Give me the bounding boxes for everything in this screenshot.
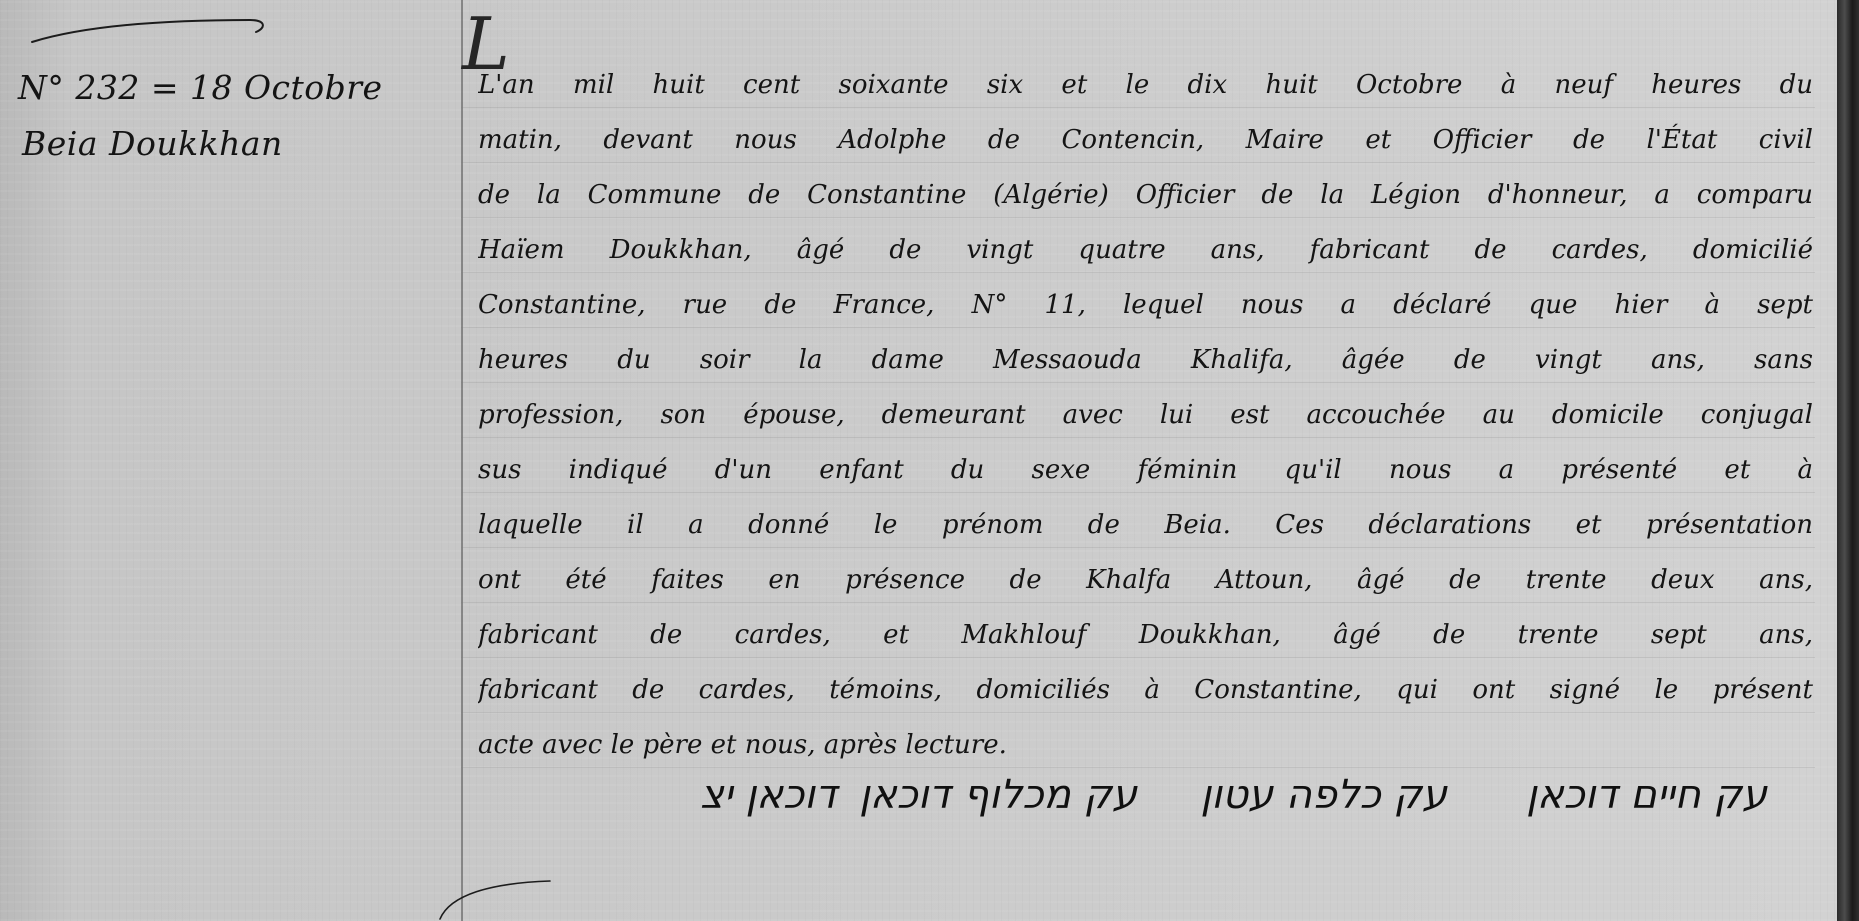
margin-entry-note: N° 232 = 18 Octobre Beia Doukkhan: [18, 60, 438, 172]
signature-block: עק חיים דוכאן עק כלפה עטון עק מכלוף דוכא…: [600, 750, 1777, 840]
record-line: L'an mil huit cent soixante six et le di…: [478, 58, 1813, 113]
record-line: heures du soir la dame Messaouda Khalifa…: [478, 333, 1813, 388]
record-line: Constantine, rue de France, N° 11, leque…: [478, 278, 1813, 333]
signature-witness: עק מכלוף דוכאן: [859, 750, 1137, 840]
record-line: de la Commune de Constantine (Algérie) O…: [478, 168, 1813, 223]
entry-number-date: N° 232 = 18 Octobre: [18, 60, 438, 116]
record-line: laquelle il a donné le prénom de Beia. C…: [478, 498, 1813, 553]
record-line: matin, devant nous Adolphe de Contencin,…: [478, 113, 1813, 168]
margin-rule-line: [461, 0, 463, 921]
record-line: Haïem Doukkhan, âgé de vingt quatre ans,…: [478, 223, 1813, 278]
record-line: sus indiqué d'un enfant du sexe féminin …: [478, 443, 1813, 498]
record-line: fabricant de cardes, et Makhlouf Doukkha…: [478, 608, 1813, 663]
margin-flourish: [30, 14, 270, 44]
child-name-margin: Beia Doukkhan: [18, 116, 438, 172]
birth-record-body: L'an mil huit cent soixante six et le di…: [478, 58, 1813, 773]
record-line: profession, son épouse, demeurant avec l…: [478, 388, 1813, 443]
signature-father: עק חיים דוכאן: [1526, 750, 1767, 840]
signature-witness: עק כלפה עטון: [1200, 750, 1447, 840]
signature-mark: דוכאן יצ: [700, 750, 837, 840]
next-entry-flourish: [430, 875, 630, 921]
record-line: ont été faites en présence de Khalfa Att…: [478, 553, 1813, 608]
book-binding-edge: [1837, 0, 1859, 921]
register-page: N° 232 = 18 Octobre Beia Doukkhan L L'an…: [0, 0, 1837, 921]
record-line: fabricant de cardes, témoins, domiciliés…: [478, 663, 1813, 718]
